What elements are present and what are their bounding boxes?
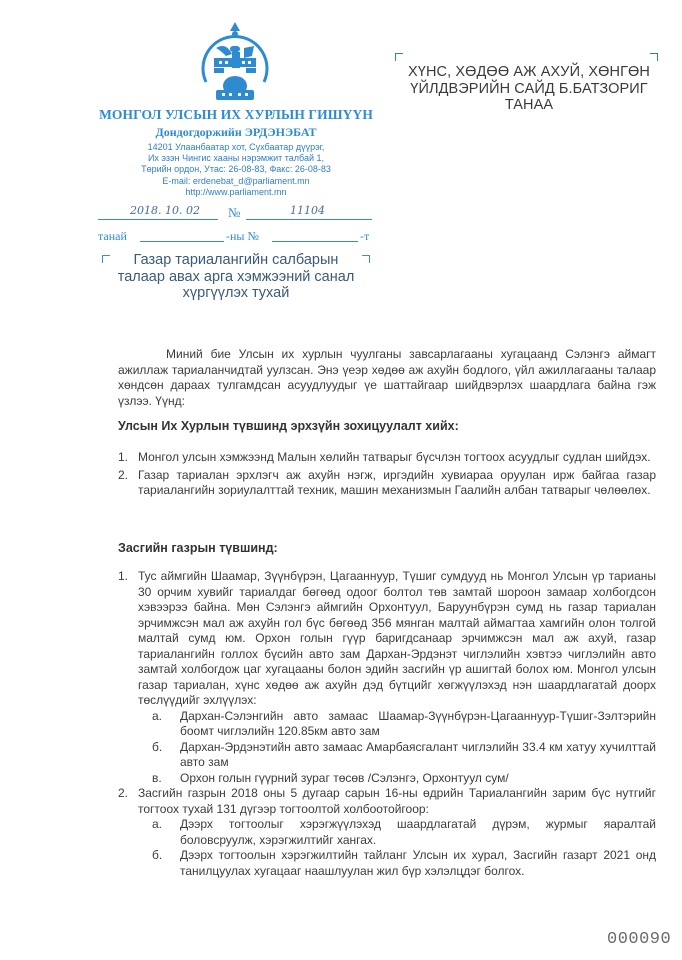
date-underline <box>98 219 218 220</box>
addressee-corner-left <box>395 53 403 61</box>
your-ref-suffix: -т <box>360 229 369 244</box>
addressee-line: ҮЙЛДВЭРИЙН САЙД Б.БАТЗОРИГ ТАНАА <box>393 81 665 114</box>
address-line: Их эзэн Чингис хааны нэрэмжит талбай 1, <box>96 153 376 164</box>
handwritten-date: 2018. 10. 02 <box>130 204 200 217</box>
your-ref-prefix: танай <box>98 229 127 244</box>
sender-address: 14201 Улаанбаатар хот, Сүхбаатар дүүрэг,… <box>96 142 376 198</box>
government-list: 1. Тус аймгийн Шаамар, Зүүнбүрэн, Цагаан… <box>118 569 656 879</box>
subject-line: талаар авах арга хэмжээний санал <box>96 269 376 286</box>
addressee: ХҮНС, ХӨДӨӨ АЖ АХУЙ, ХӨНГӨН ҮЙЛДВЭРИЙН С… <box>393 64 665 114</box>
list-item: 1. Тус аймгийн Шаамар, Зүүнбүрэн, Цагаан… <box>118 569 656 786</box>
sub-item-text: Дээрх тогтоолыг хэрэгжүүлэхэд шаардлагат… <box>180 817 656 847</box>
sub-item-letter: а. <box>152 709 162 725</box>
item-number: 1. <box>118 450 128 466</box>
addressee-line: ХҮНС, ХӨДӨӨ АЖ АХУЙ, ХӨНГӨН <box>393 64 665 81</box>
subject-line: хүргүүлэх тухай <box>96 285 376 302</box>
sub-item-text: Дээрх тогтоолын хэрэгжилтийн тайланг Улс… <box>180 848 656 878</box>
handwritten-number: 11104 <box>290 204 325 217</box>
subject-line: Газар тариалангийн салбарын <box>96 252 376 269</box>
sub-item-text: Дархан-Эрдэнэтийн авто замаас Амарбаясга… <box>180 740 656 770</box>
state-emblem-icon <box>192 20 278 102</box>
addressee-corner-right <box>650 53 658 61</box>
your-ref-date-line <box>140 241 224 242</box>
section-heading-government: Засгийн газрын түвшинд: <box>118 541 278 555</box>
your-reference-row: танай -ны № -т <box>96 229 376 245</box>
member-name: Дондогдоржийн ЭРДЭНЭБАТ <box>96 125 376 140</box>
number-sign: № <box>228 205 240 221</box>
sub-item: а. Дархан-Сэлэнгийн авто замаас Шаамар-З… <box>152 709 656 740</box>
organization-title: МОНГОЛ УЛСЫН ИХ ХУРЛЫН ГИШҮҮН <box>96 107 376 123</box>
sub-item: б. Дээрх тогтоолын хэрэгжилтийн тайланг … <box>152 848 656 879</box>
sub-item-text: Дархан-Сэлэнгийн авто замаас Шаамар-Зүүн… <box>180 709 656 739</box>
item-number: 1. <box>118 569 128 585</box>
page-number: 000090 <box>607 930 671 949</box>
sub-item: б. Дархан-Эрдэнэтийн авто замаас Амарбая… <box>152 740 656 771</box>
list-item: 2. Газар тариалан эрхлэгч аж ахуйн нэгж,… <box>118 468 656 499</box>
sub-item: в. Орхон голын гүүрний зураг төсөв /Сэлэ… <box>152 771 656 787</box>
list-item: 2. Засгийн газрын 2018 оны 5 дугаар сары… <box>118 786 656 879</box>
section-heading-parliament: Улсын Их Хурлын түвшинд эрхзүйн зохицуул… <box>118 419 459 433</box>
item-text: Монгол улсын хэмжээнд Малын хөлийн татва… <box>138 450 651 464</box>
number-underline <box>246 219 372 220</box>
sub-item-text: Орхон голын гүүрний зураг төсөв /Сэлэнгэ… <box>180 771 509 785</box>
date-number-row: 2018. 10. 02 № 11104 <box>96 204 376 220</box>
sub-item-letter: в. <box>152 771 162 787</box>
subject: Газар тариалангийн салбарын талаар авах … <box>96 252 376 302</box>
parliament-list: 1. Монгол улсын хэмжээнд Малын хөлийн та… <box>118 450 656 499</box>
email-line: E-mail: erdenebat_d@parliament.mn <box>96 176 376 187</box>
sub-item-letter: б. <box>152 848 162 864</box>
address-line: Төрийн ордон, Утас: 26-08-83, Факс: 26-0… <box>96 164 376 175</box>
website-line: http://www.parliament.mn <box>96 187 376 198</box>
sub-item-letter: а. <box>152 817 162 833</box>
address-line: 14201 Улаанбаатар хот, Сүхбаатар дүүрэг, <box>96 142 376 153</box>
sub-item-letter: б. <box>152 740 162 756</box>
item-text: Тус аймгийн Шаамар, Зүүнбүрэн, Цагааннуу… <box>138 569 656 709</box>
list-item: 1. Монгол улсын хэмжээнд Малын хөлийн та… <box>118 450 656 466</box>
intro-paragraph: Миний бие Улсын их хурлын чуулганы завса… <box>118 347 656 409</box>
item-number: 2. <box>118 468 128 484</box>
item-number: 2. <box>118 786 128 802</box>
item-text: Засгийн газрын 2018 оны 5 дугаар сарын 1… <box>138 786 656 817</box>
sub-item: а. Дээрх тогтоолыг хэрэгжүүлэхэд шаардла… <box>152 817 656 848</box>
your-ref-mid: -ны № <box>226 229 259 244</box>
item-text: Газар тариалан эрхлэгч аж ахуйн нэгж, ир… <box>138 468 656 498</box>
your-ref-number-line <box>272 241 358 242</box>
